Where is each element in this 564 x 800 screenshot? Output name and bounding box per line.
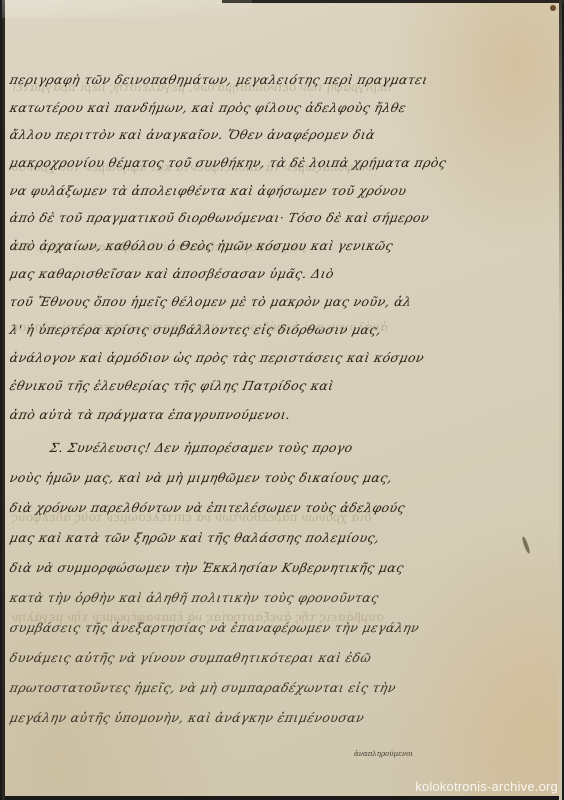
ink-stain-top-right <box>550 5 556 11</box>
text-line: τοῦ Ἔθνους ὅπου ἡμεῖς θέλομεν μὲ τὸ μακρ… <box>8 294 413 309</box>
text-line: μας καὶ κατὰ τῶν ξηρῶν καὶ τῆς θαλάσσης … <box>8 530 381 545</box>
text-line: μακροχρονίου θέματος τοῦ συνθήκην, τὰ δὲ… <box>8 155 448 170</box>
paragraph-opening-line: Σ. Συνέλευσις! Δεν ἠμπορέσαμεν τοὺς προγ… <box>48 440 354 455</box>
paper-fold <box>2 0 252 18</box>
text-line: ἄλλου περιττὸν καὶ ἀναγκαῖον. Ὅθεν ἀναφέ… <box>8 127 376 142</box>
text-line: περιγραφὴ τῶν δεινοπαθημάτων, μεγαλειότη… <box>8 72 429 87</box>
manuscript-page: περιγραφὴ τῶν δεινοπαθημάτων, μεγαλειότη… <box>2 0 562 796</box>
text-line: ἀνάλογον καὶ ἁρμόδιον ὡς πρὸς τὰς περιστ… <box>8 350 425 365</box>
scan-left-edge <box>2 0 5 800</box>
text-line: ἀπὸ ἀρχαίων, καθόλου ὁ Θεὸς ἡμῶν κόσμου … <box>8 238 394 253</box>
text-line: ἀπὸ δὲ τοῦ πραγματικοῦ διορθωνόμεναι· Τό… <box>8 210 430 225</box>
text-line: δυνάμεις αὐτῆς νὰ γίνουν συμπαθητικότερα… <box>8 650 372 665</box>
text-line: πρωτοστατοῦντες ἡμεῖς, νὰ μὴ συμπαραδέχω… <box>8 680 397 695</box>
text-line: κατὰ τὴν ὀρθὴν καὶ ἀληθῆ πολιτικὴν τοὺς … <box>8 590 380 605</box>
text-line: διὰ νὰ συμμορφώσωμεν τὴν Ἐκκλησίαν Κυβερ… <box>8 560 405 575</box>
text-line: συμβάσεις τῆς ἀνεξαρτησίας νὰ ἐπαναφέρωμ… <box>8 620 420 635</box>
text-line: ἀπὸ αὐτὰ τὰ πράγματα ἐπαγρυπνούμενοι. <box>8 407 292 422</box>
text-line: κατωτέρου καὶ πανδήμων, καὶ πρὸς φίλους … <box>8 100 407 115</box>
text-line: να φυλάξωμεν τὰ ἀπολειφθέντα καὶ ἀφήσωμε… <box>8 183 408 198</box>
text-line: μας καθαρισθεῖσαν καὶ ἀποσβέσασαν ὑμᾶς. … <box>8 266 335 281</box>
smudge-right <box>521 536 531 554</box>
archive-watermark: kolokotronis-archive.org <box>415 779 558 794</box>
scan-top-edge <box>222 0 564 3</box>
text-line: νοὺς ἡμῶν μας, καὶ νὰ μὴ μιμηθῶμεν τοὺς … <box>8 470 393 485</box>
text-line: διὰ χρόνων παρελθόντων νὰ ἐπιτελέσωμεν τ… <box>8 500 406 515</box>
catchword-note: ἀναπληρούμενοι <box>354 750 413 758</box>
scan-right-edge <box>559 0 562 800</box>
text-line: ἐθνικοῦ τῆς ἐλευθερίας τῆς φίλης Πατρίδο… <box>8 378 335 393</box>
text-line: λ' ἡ ὑπερτέρα κρίσις συμβάλλοντες εἰς δι… <box>8 322 383 337</box>
text-line: μεγάλην αὐτῆς ὑπομονὴν, καὶ ἀνάγκην ἐπιμ… <box>8 710 365 725</box>
